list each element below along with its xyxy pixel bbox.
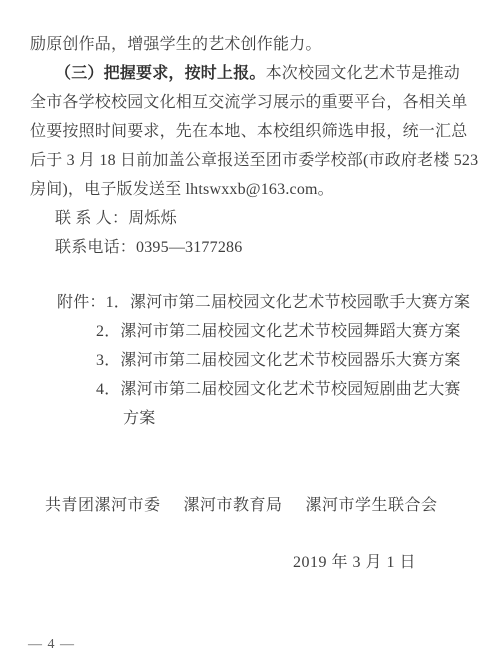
attachment-item-3: 3．漯河市第二届校园文化艺术节校园器乐大赛方案 bbox=[96, 351, 461, 370]
page-number: — 4 — bbox=[28, 637, 75, 653]
paragraph-line: （三）把握要求，按时上报。本次校园文化艺术节是推动 bbox=[55, 64, 460, 83]
paragraph-line: 后于 3 月 18 日前加盖公章报送至团市委学校部(市政府老楼 523 bbox=[30, 151, 478, 170]
paragraph-line: 位要按照时间要求，先在本地、本校组织筛选申报，统一汇总 bbox=[30, 122, 467, 141]
paragraph-line: 全市各学校校园文化相互交流学习展示的重要平台，各相关单 bbox=[30, 93, 467, 112]
attachments-label: 附件： bbox=[57, 294, 106, 311]
attachment-line-1: 附件：1．漯河市第二届校园文化艺术节校园歌手大赛方案 bbox=[57, 293, 470, 312]
paragraph-line: 励原创作品，增强学生的艺术创作能力。 bbox=[30, 35, 322, 54]
paragraph-text: 本次校园文化艺术节是推动 bbox=[266, 65, 460, 82]
attachment-item-4-wrap: 方案 bbox=[123, 409, 155, 428]
signer-education-bureau: 漯河市教育局 bbox=[184, 492, 283, 515]
signer-student-federation: 漯河市学生联合会 bbox=[306, 492, 438, 515]
contact-phone-line: 联系电话：0395—3177286 bbox=[55, 238, 242, 257]
attachment-item-1: 1．漯河市第二届校园文化艺术节校园歌手大赛方案 bbox=[106, 294, 471, 311]
attachment-item-4: 4．漯河市第二届校园文化艺术节校园短剧曲艺大赛 bbox=[96, 380, 461, 399]
attachment-item-2: 2．漯河市第二届校园文化艺术节校园舞蹈大赛方案 bbox=[96, 322, 461, 341]
contact-person-label: 联 系 人： bbox=[55, 209, 128, 228]
paragraph-line: 房间)，电子版发送至 lhtswxxb@163.com。 bbox=[30, 180, 334, 199]
section-heading: （三）把握要求，按时上报。 bbox=[55, 65, 266, 82]
contact-person-line: 联 系 人：周烁烁 bbox=[55, 209, 177, 228]
document-date: 2019 年 3 月 1 日 bbox=[293, 549, 416, 572]
signers-row: 共青团漯河市委 漯河市教育局 漯河市学生联合会 bbox=[45, 492, 438, 515]
signer-league-committee: 共青团漯河市委 bbox=[45, 492, 161, 515]
contact-phone-number: 0395—3177286 bbox=[136, 239, 242, 256]
document-page: 励原创作品，增强学生的艺术创作能力。 （三）把握要求，按时上报。本次校园文化艺术… bbox=[0, 0, 487, 668]
contact-person-name: 周烁烁 bbox=[128, 210, 177, 227]
contact-phone-label: 联系电话： bbox=[55, 238, 136, 257]
